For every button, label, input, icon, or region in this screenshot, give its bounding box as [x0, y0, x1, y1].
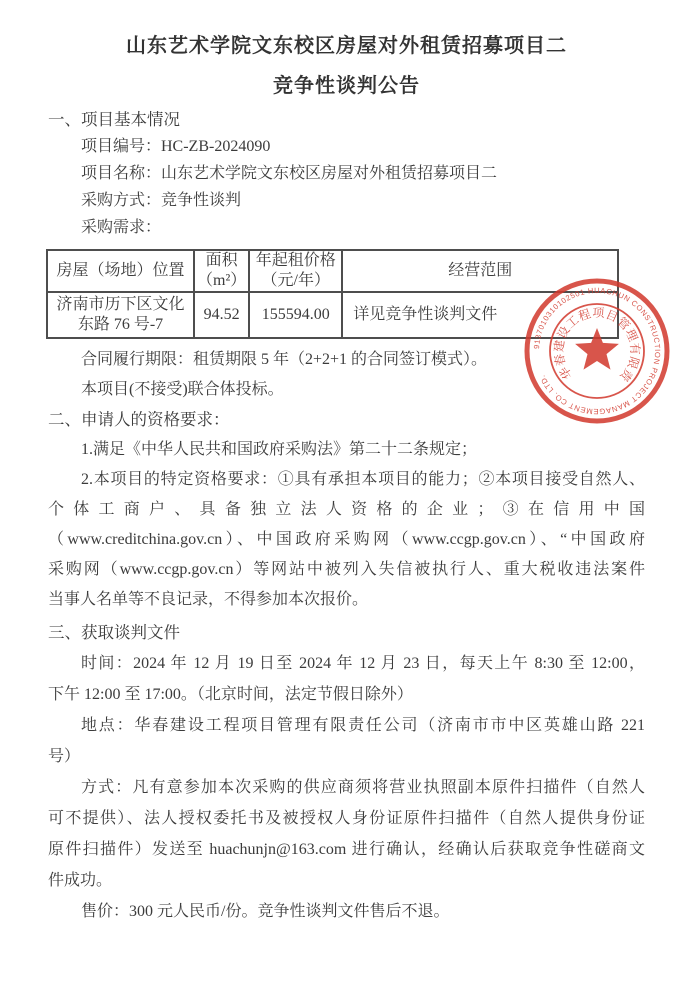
cell-price: 155594.00: [249, 292, 342, 338]
document-title-line1: 山东艺术学院文东校区房屋对外租赁招募项目二: [48, 26, 645, 66]
section-project-info: 一、项目基本情况 项目编号：HC-ZB-2024090 项目名称：山东艺术学院文…: [48, 106, 645, 241]
method-line: 方式：凡有意参加本次采购的供应商须将营业执照副本原件扫描件（自然人: [48, 772, 645, 803]
cell-location: 济南市历下区文化 东路 76 号-7: [47, 292, 194, 338]
section-obtain-documents: 三、获取谈判文件 时间：2024 年 12 月 19 日至 2024 年 12 …: [48, 617, 645, 927]
qualification-line: 个体工商户、具备独立法人资格的企业；③在信用中国: [48, 495, 645, 525]
header-scope: 经营范围: [342, 250, 618, 292]
table-header-row: 房屋（场地）位置 面积 （m²） 年起租价格 （元/年） 经营范围: [47, 250, 618, 292]
method-line: 可不提供）、法人授权委托书及被授权人身份证原件扫描件（自然人提供身份证: [48, 803, 645, 834]
method-line: 原件扫描件）发送至 huachunjn@163.com 进行确认，经确认后获取竞…: [48, 834, 645, 865]
cell-scope: 详见竞争性谈判文件: [342, 292, 618, 338]
procurement-table: 房屋（场地）位置 面积 （m²） 年起租价格 （元/年） 经营范围 济南市历下区…: [46, 249, 619, 339]
section1-heading: 一、项目基本情况: [48, 106, 645, 133]
qualification-line: 当事人名单等不良记录，不得参加本次报价。: [48, 585, 645, 615]
qualification-line: 2.本项目的特定资格要求：①具有承担本项目的能力；②本项目接受自然人、: [48, 465, 645, 495]
cell-area: 94.52: [194, 292, 249, 338]
document-title-line2: 竞争性谈判公告: [48, 66, 645, 106]
address-line: 号）: [48, 741, 645, 772]
section3-heading: 三、获取谈判文件: [48, 617, 645, 648]
qualification-line: （www.creditchina.gov.cn）、中国政府采购网（www.ccg…: [48, 525, 645, 555]
time-line: 下午 12:00 至 17:00。（北京时间，法定节假日除外）: [48, 679, 645, 710]
section-qualifications: 二、申请人的资格要求： 1.满足《中华人民共和国政府采购法》第二十二条规定； 2…: [48, 405, 645, 615]
table-row: 济南市历下区文化 东路 76 号-7 94.52 155594.00 详见竞争性…: [47, 292, 618, 338]
project-name-line: 项目名称：山东艺术学院文东校区房屋对外租赁招募项目二: [48, 160, 645, 187]
consortium-line: 本项目(不接受)联合体投标。: [48, 375, 645, 405]
header-area: 面积 （m²）: [194, 250, 249, 292]
contract-notes: 合同履行期限：租赁期限 5 年（2+2+1 的合同签订模式）。 本项目(不接受)…: [48, 345, 645, 405]
announcement-document: 山东艺术学院文东校区房屋对外租赁招募项目二 竞争性谈判公告 一、项目基本情况 项…: [0, 0, 692, 987]
procurement-demand-line: 采购需求：: [48, 214, 645, 241]
qualification-line: 1.满足《中华人民共和国政府采购法》第二十二条规定；: [48, 435, 645, 465]
price-line: 售价：300 元人民币/份。竞争性谈判文件售后不退。: [48, 896, 645, 927]
address-line: 地点：华春建设工程项目管理有限责任公司（济南市市中区英雄山路 221: [48, 710, 645, 741]
qualification-line: 采购网（www.ccgp.gov.cn）等网站中被列入失信被执行人、重大税收违法…: [48, 555, 645, 585]
project-number-line: 项目编号：HC-ZB-2024090: [48, 133, 645, 160]
time-line: 时间：2024 年 12 月 19 日至 2024 年 12 月 23 日，每天…: [48, 648, 645, 679]
header-location: 房屋（场地）位置: [47, 250, 194, 292]
method-line: 件成功。: [48, 865, 645, 896]
section2-heading: 二、申请人的资格要求：: [48, 405, 645, 435]
contract-term-line: 合同履行期限：租赁期限 5 年（2+2+1 的合同签订模式）。: [48, 345, 645, 375]
procurement-method-line: 采购方式：竞争性谈判: [48, 187, 645, 214]
header-price: 年起租价格 （元/年）: [249, 250, 342, 292]
